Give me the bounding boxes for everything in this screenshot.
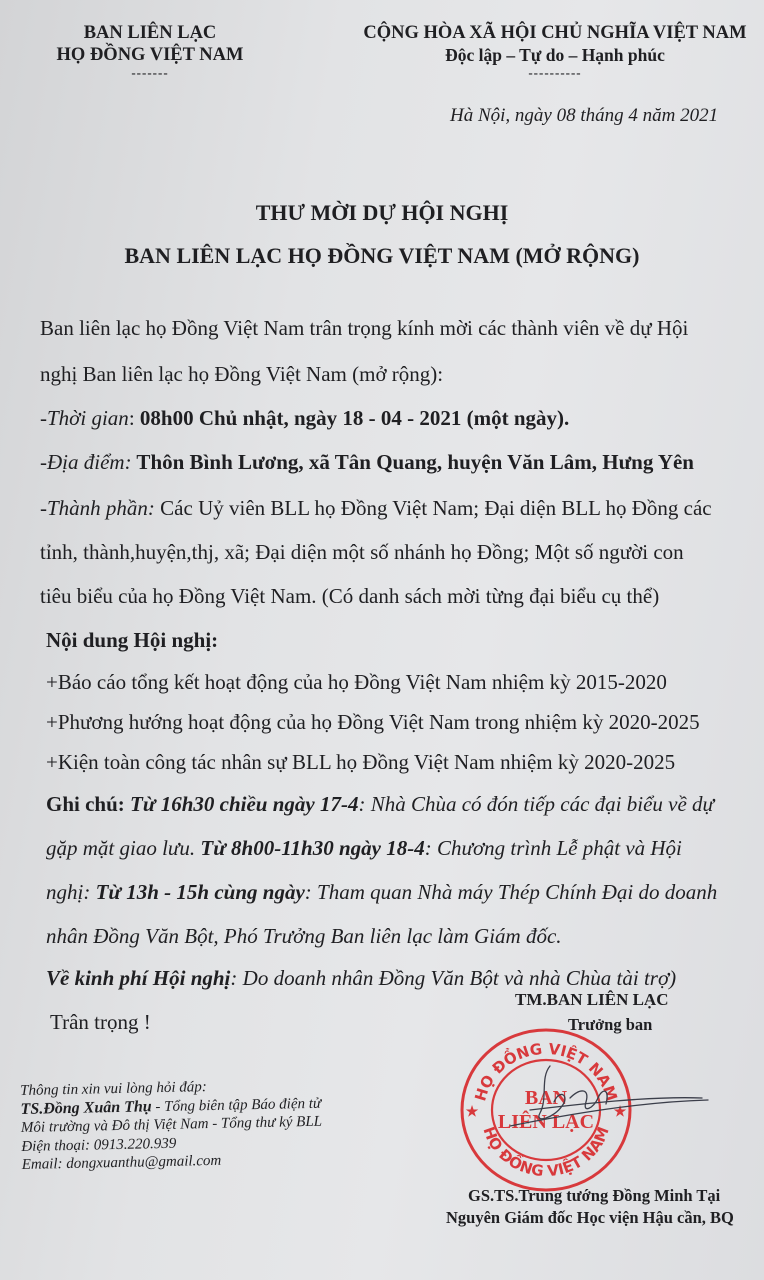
place-label: -Địa điểm: <box>40 450 132 474</box>
signer-position: Nguyên Giám đốc Học viện Hậu cần, BQ <box>446 1208 734 1228</box>
time-sep: : <box>129 406 140 430</box>
issuer-line1: BAN LIÊN LẠC <box>40 22 260 44</box>
note-text-1: : Nhà Chùa có đón tiếp các đại biểu về d… <box>358 792 714 816</box>
national-header: CỘNG HÒA XÃ HỘI CHỦ NGHĨA VIỆT NAM Độc l… <box>350 22 760 80</box>
funding-label: Về kinh phí Hội nghị <box>46 966 230 990</box>
participants-line-3: tiêu biểu của họ Đồng Việt Nam. (Có danh… <box>40 584 659 608</box>
note-line-2: gặp mặt giao lưu. Từ 8h00-11h30 ngày 18-… <box>46 836 682 860</box>
national-divider: ---------- <box>350 66 760 80</box>
handwritten-signature <box>510 1058 710 1138</box>
contact-role-1: - Tổng biên tập Báo điện tử <box>152 1095 322 1115</box>
signature-org: TM.BAN LIÊN LẠC <box>515 990 669 1010</box>
note-label: Ghi chú: <box>46 792 130 816</box>
star-icon: ★ <box>466 1104 479 1120</box>
issuer-header: BAN LIÊN LẠC HỌ ĐỒNG VIỆT NAM ------- <box>40 22 260 80</box>
place-line: -Địa điểm: Thôn Bình Lương, xã Tân Quang… <box>40 450 694 474</box>
note-time-2: Từ 8h00-11h30 ngày 18-4 <box>200 836 424 860</box>
national-title: CỘNG HÒA XÃ HỘI CHỦ NGHĨA VIỆT NAM <box>350 22 760 44</box>
note-text-3: : Tham quan Nhà máy Thép Chính Đại do do… <box>305 880 717 904</box>
contact-name: TS.Đồng Xuân Thụ <box>20 1098 151 1118</box>
note-text-3a: nghị: <box>46 880 96 904</box>
intro-line-2: nghị Ban liên lạc họ Đồng Việt Nam (mở r… <box>40 362 443 386</box>
signer-name: GS.TS.Trung tướng Đồng Minh Tại <box>468 1186 720 1206</box>
funding-value: : Do doanh nhân Đồng Văn Bột và nhà Chùa… <box>230 966 676 990</box>
closing: Trân trọng ! <box>50 1010 151 1034</box>
document-date: Hà Nội, ngày 08 tháng 4 năm 2021 <box>450 105 718 127</box>
note-time-1: Từ 16h30 chiều ngày 17-4 <box>130 792 358 816</box>
intro-line-1: Ban liên lạc họ Đồng Việt Nam trân trọng… <box>40 316 688 340</box>
agenda-item: +Kiện toàn công tác nhân sự BLL họ Đồng … <box>46 750 675 774</box>
place-value: Thôn Bình Lương, xã Tân Quang, huyện Văn… <box>132 450 694 474</box>
time-label: -Thời gian <box>40 406 129 430</box>
national-motto: Độc lập – Tự do – Hạnh phúc <box>350 44 760 66</box>
agenda-heading: Nội dung Hội nghị: <box>46 628 218 652</box>
note-time-3: Từ 13h - 15h cùng ngày <box>96 880 305 904</box>
document-title: THƯ MỜI DỰ HỘI NGHỊ <box>0 200 764 226</box>
issuer-line2: HỌ ĐỒNG VIỆT NAM <box>40 44 260 66</box>
issuer-divider: ------- <box>40 66 260 80</box>
time-value: 08h00 Chủ nhật, ngày 18 - 04 - 2021 (một… <box>140 406 569 430</box>
note-line-1: Ghi chú: Từ 16h30 chiều ngày 17-4: Nhà C… <box>46 792 714 816</box>
note-line-3: nghị: Từ 13h - 15h cùng ngày: Tham quan … <box>46 880 717 904</box>
note-text-2: : Chương trình Lễ phật và Hội <box>425 836 682 860</box>
contact-block: Thông tin xin vui lòng hỏi đáp: TS.Đồng … <box>20 1076 323 1175</box>
note-line-4: nhân Đồng Văn Bột, Phó Trưởng Ban liên l… <box>46 924 562 948</box>
note-text-2a: gặp mặt giao lưu. <box>46 836 200 860</box>
participants-label: -Thành phần: <box>40 496 155 520</box>
participants-line-2: tỉnh, thành,huyện,thj, xã; Đại diện một … <box>40 540 684 564</box>
participants-line-1: -Thành phần: Các Uỷ viên BLL họ Đồng Việ… <box>40 496 712 520</box>
time-line: -Thời gian: 08h00 Chủ nhật, ngày 18 - 04… <box>40 406 569 430</box>
agenda-item: +Báo cáo tổng kết hoạt động của họ Đồng … <box>46 670 667 694</box>
funding-line: Về kinh phí Hội nghị: Do doanh nhân Đồng… <box>46 966 676 990</box>
agenda-item: +Phương hướng hoạt động của họ Đồng Việt… <box>46 710 700 734</box>
document-subtitle: BAN LIÊN LẠC HỌ ĐỒNG VIỆT NAM (MỞ RỘNG) <box>0 243 764 269</box>
participants-text-1: Các Uỷ viên BLL họ Đồng Việt Nam; Đại di… <box>155 496 712 520</box>
